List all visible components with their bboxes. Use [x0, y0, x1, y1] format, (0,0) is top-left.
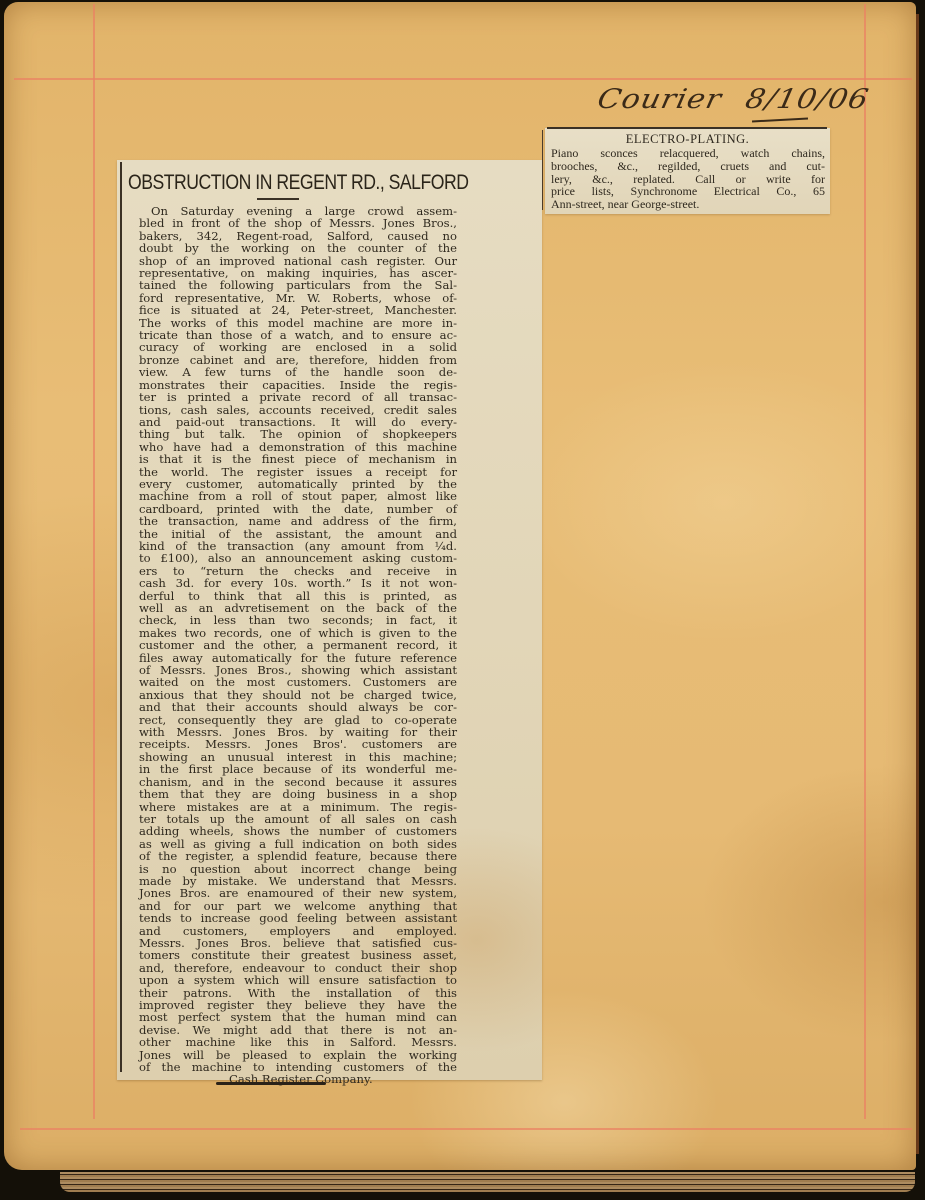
article-line: Jones Bros. are enamoured of their new s… [127, 887, 457, 899]
article-line: upon a system which will ensure satisfac… [127, 974, 457, 986]
page-stack-edge [60, 1172, 915, 1192]
advertisement-column-rule [542, 130, 543, 210]
article-line: cash 3d. for every 10s. worth.” Is it no… [127, 577, 457, 589]
advertisement-line: brooches, &c., regilded, cruets and cut- [551, 160, 825, 173]
article-line: adding wheels, shows the number of custo… [127, 825, 457, 837]
ruled-line-bottom [20, 1128, 912, 1130]
headline-rule [257, 198, 299, 200]
handwritten-source: Courier [595, 84, 725, 116]
article-line: most perfect system that the human mind … [127, 1011, 457, 1023]
article-line: and that their accounts should always be… [127, 701, 457, 713]
article-column-rule [120, 162, 122, 1072]
article-headline: OBSTRUCTION IN REGENT RD., SALFORD [128, 170, 464, 195]
handwritten-source-date: Courier 8/10/06 [595, 84, 872, 116]
page-edge [916, 14, 919, 1154]
article-end-rule [216, 1082, 326, 1085]
article-line: tained the following particulars from th… [127, 279, 457, 291]
article-line: waited on the most customers. Customers … [127, 676, 457, 688]
article-line: to £100), also an announcement asking cu… [127, 552, 457, 564]
article-line: the transaction, name and address of the… [127, 515, 457, 527]
handwritten-date: 8/10/06 [743, 84, 872, 116]
article-line: in the first place because of its wonder… [127, 763, 457, 775]
article-line: doubt by the working on the counter of t… [127, 242, 457, 254]
article-line: of the register, a splendid feature, bec… [127, 850, 457, 862]
article-line: tomers constitute their greatest busines… [127, 949, 457, 961]
advertisement-body: Piano sconces relacquered, watch chains,… [551, 147, 825, 211]
article-line: them that they are doing business in a s… [127, 788, 457, 800]
article-line: curacy of working are enclosed in a soli… [127, 341, 457, 353]
article-line: ter is printed a private record of all t… [127, 391, 457, 403]
article-line: bled in front of the shop of Messrs. Jon… [127, 217, 457, 229]
ruled-line-right-margin [864, 4, 866, 1119]
advertisement-rule [547, 127, 827, 129]
article-line: is that it is the finest piece of mechan… [127, 453, 457, 465]
advertisement-title: ELECTRO-PLATING. [545, 132, 830, 147]
ruled-line-top [14, 78, 912, 80]
article-line: fice is situated at 24, Peter-street, Ma… [127, 304, 457, 316]
article-body: On Saturday evening a large crowd assem-… [127, 205, 457, 1086]
article-line: other machine like this in Salford. Mess… [127, 1036, 457, 1048]
article-line: check, in less than two seconds; in fact… [127, 614, 457, 626]
ruled-line-left-margin [93, 4, 95, 1119]
article-line: tends to increase good feeling between a… [127, 912, 457, 924]
advertisement-line: Ann-street, near George-street. [551, 198, 825, 211]
article-line: view. A few turns of the handle soon de- [127, 366, 457, 378]
article-line: receipts. Messrs. Jones Bros'. customers… [127, 738, 457, 750]
article-line: thing but talk. The opinion of shopkeepe… [127, 428, 457, 440]
article-line: customer and the other, a permanent reco… [127, 639, 457, 651]
advertisement-line: Piano sconces relacquered, watch chains, [551, 147, 825, 160]
article-line: machine from a roll of stout paper, almo… [127, 490, 457, 502]
